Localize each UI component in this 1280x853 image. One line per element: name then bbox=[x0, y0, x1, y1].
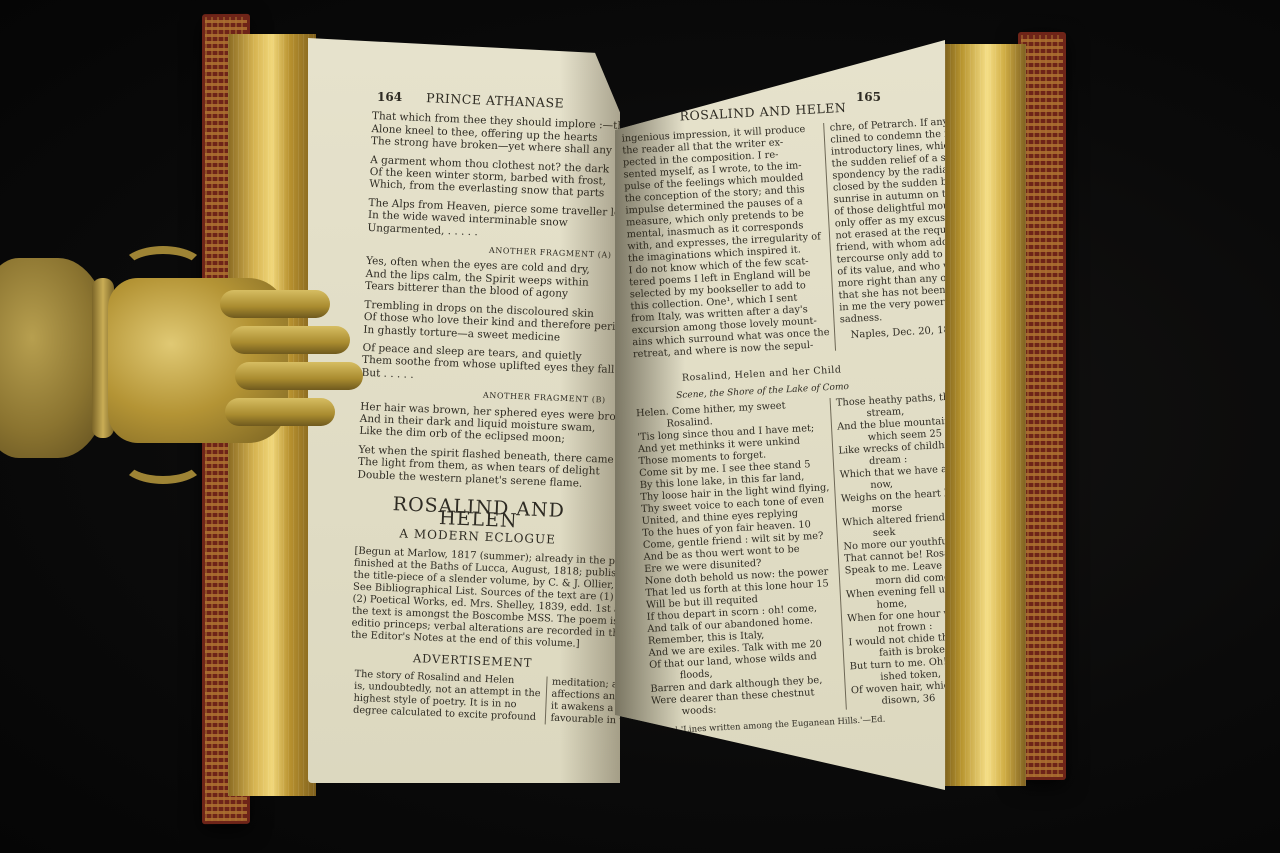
editorial-note: [Begun at Marlow, 1817 (summer); already… bbox=[351, 546, 600, 652]
right-page: 165 ROSALIND AND HELEN ingenious impress… bbox=[615, 40, 945, 790]
advertisement-col-2: meditation; and if, by affections and am… bbox=[544, 676, 620, 729]
photo-scene: 164 PRINCE ATHANASE That which from thee… bbox=[0, 0, 1280, 853]
prose-line: favourable in the bbox=[550, 712, 620, 729]
brass-finger bbox=[220, 290, 330, 318]
stanza: Of peace and sleep are tears, and quietl… bbox=[361, 342, 607, 389]
verse-col-2: Those heathy paths, that inland stream, … bbox=[830, 388, 945, 710]
running-head-left: PRINCE ATHANASE bbox=[373, 90, 618, 112]
prose-line: meditation; and if, by bbox=[552, 676, 620, 693]
brass-finger bbox=[230, 326, 350, 354]
verse-columns: Helen. Come hither, my sweet Rosalind. '… bbox=[631, 395, 912, 720]
stanza: A garment whom thou clothest not? the da… bbox=[369, 154, 615, 201]
prose-line: it awakens a certain bbox=[551, 700, 620, 717]
stanza: Her hair was brown, her sphered eyes wer… bbox=[359, 400, 605, 447]
running-head-right: ROSALIND AND HELEN bbox=[645, 100, 880, 125]
stanza: The Alps from Heaven, pierce some travel… bbox=[367, 197, 613, 244]
right-page-text: ROSALIND AND HELEN ingenious impression,… bbox=[615, 100, 912, 739]
brass-finger bbox=[235, 362, 363, 390]
advertisement-continued: ingenious impression, it will produce th… bbox=[616, 120, 893, 362]
left-page-text: PRINCE ATHANASE That which from thee the… bbox=[348, 90, 618, 726]
brass-finger bbox=[225, 398, 335, 426]
prose-line: affections and amusing bbox=[551, 688, 620, 705]
stanza: That which from thee they should implore… bbox=[371, 110, 617, 157]
stanza: Trembling in drops on the discoloured sk… bbox=[363, 299, 609, 346]
stanza: Yet when the spirit flashed beneath, the… bbox=[357, 443, 603, 490]
prose-col-1: ingenious impression, it will produce th… bbox=[616, 123, 835, 362]
verse-col-1: Helen. Come hither, my sweet Rosalind. '… bbox=[631, 398, 846, 720]
stanza: Yes, often when the eyes are cold and dr… bbox=[365, 255, 611, 302]
brass-hand-bookstand bbox=[0, 238, 370, 488]
prose-col-2: chre, of Petrarch. If any one is in- cli… bbox=[824, 112, 945, 351]
advertisement-text: The story of Rosalind and Helen is, undo… bbox=[348, 668, 595, 726]
poem-subtitle: A MODERN ECLOGUE bbox=[355, 525, 600, 547]
scroll-ornament-icon bbox=[120, 438, 206, 484]
advertisement-col-1: The story of Rosalind and Helen is, undo… bbox=[348, 668, 546, 724]
gilt-page-edge-right bbox=[940, 44, 1026, 786]
